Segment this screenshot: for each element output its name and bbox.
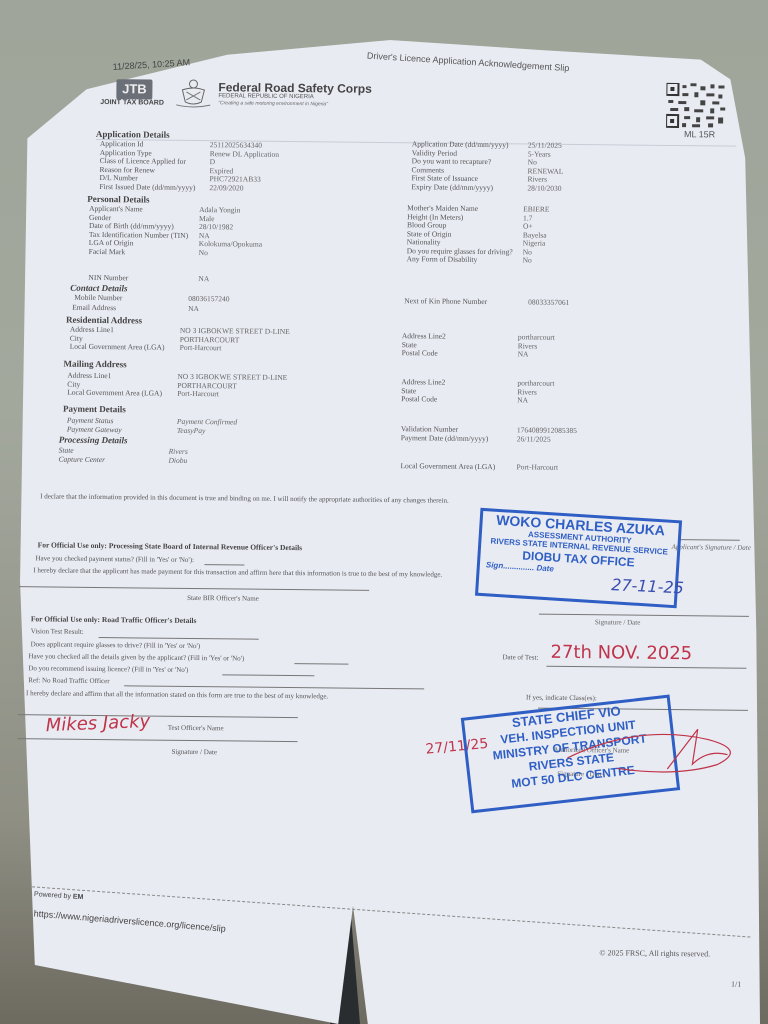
birs-payment-answer-field[interactable] [204,564,244,565]
residential-right: Address Line2portharcourtStateRiversPost… [402,332,722,361]
coat-of-arms-icon [174,78,212,108]
field-value: Port-Harcourt [516,463,720,474]
birs-signature-label: Signature / Date [595,618,641,626]
processing-details-title: Processing Details [59,435,128,446]
field-value: NA [198,275,388,285]
birs-affirmation: I hereby declare that the applicant has … [33,566,503,579]
field-value: Port-Harcourt [177,390,387,401]
payment-left: Payment StatusPayment ConfirmedPayment G… [67,417,387,437]
field-value: NA [188,305,382,316]
field-label: Next of Kin Phone Number [404,297,528,307]
field-label: Facial Mark [89,247,199,257]
rto-signature-field[interactable] [18,738,298,742]
payment-right: Validation Number1764089912085385Payment… [401,425,721,445]
rto-ref-label: Ref: No Road Traffic Officer [28,676,109,685]
copyright: © 2025 FRSC, All rights reserved. [599,948,710,958]
page-number: 1/1 [731,980,741,989]
field-value: No [199,249,389,259]
applicant-declaration: I declare that the information provided … [40,492,510,505]
powered-by-label: Powered by [34,891,71,900]
field-row: Local Government Area (LGA)Port-Harcourt [400,462,720,474]
birs-officer-name-label: State BIR Officer's Name [187,594,259,603]
rto-section-title: For Official Use only: Road Traffic Offi… [31,614,197,625]
field-label: Expiry Date (dd/mm/yyyy) [411,183,527,193]
mailing-left: Address Line1NO 3 IGBOKWE STREET D-LINEC… [67,372,387,401]
field-label: Local Government Area (LGA) [400,462,516,472]
field-row: First Issued Date (dd/mm/yyyy)22/09/2020 [99,183,389,195]
document: 11/28/25, 10:25 AM Driver's Licence Appl… [0,0,768,1024]
agency-motto: "Creating a safe motoring environment in… [218,100,328,107]
stamp-sign-label: Sign.............. [486,560,535,572]
field-value: NA [517,396,721,407]
rto-vision-field[interactable] [99,637,259,640]
qr-code-icon [666,83,726,129]
field-value: 08033357061 [528,298,724,309]
rto-date-of-test-label: Date of Test: [502,653,538,661]
field-label: Email Address [72,304,188,314]
personal-details-left: Applicant's NameAdala YonginGenderMaleDa… [89,205,390,259]
rto-ref-field[interactable] [124,685,424,689]
field-label: Capture Center [58,455,168,465]
powered-by: Powered by EM [34,891,84,901]
jtb-logo: JTB [116,79,152,99]
residential-left: Address Line1NO 3 IGBOKWE STREET D-LINEC… [70,326,390,355]
handwritten-signature-icon [557,718,748,780]
rto-date-of-test-value: 27th NOV. 2025 [550,642,692,664]
email-row: Email Address NA [72,304,382,316]
agency-subtitle: FEDERAL REPUBLIC OF NIGERIA [218,93,314,100]
rto-handwritten-name: Mikes Jacky [45,711,150,736]
field-value: 26/11/2025 [517,435,721,446]
footer-url-link[interactable]: https://www.nigeriadriverslicence.org/li… [33,908,226,933]
field-value: 22/09/2020 [209,184,389,194]
rto-class-label: If yes, indicate Class(es): [526,693,597,702]
rto-test-officer-label: Test Officer's Name [168,724,224,733]
rto-recommend-field[interactable] [222,674,314,676]
birs-officer-name-field[interactable] [19,586,369,591]
field-value: 08036157240 [188,295,384,306]
rto-affirmation: I hereby declare and affirm that all the… [26,689,328,700]
field-label: Local Government Area (LGA) [70,343,180,353]
field-label: Postal Code [402,349,518,359]
birs-section-title: For Official Use only: Processing State … [38,540,303,552]
field-label: First Issued Date (dd/mm/yyyy) [99,183,209,193]
rto-question-glasses: Does applicant require glasses to drive?… [31,640,201,650]
section-title: Mailing Address [63,359,126,370]
field-value: TeasyPay [177,426,387,437]
field-value: 28/10/2030 [527,184,731,195]
rto-date-of-test-field[interactable] [546,666,746,669]
field-value: No [523,256,727,267]
nin-row: NIN Number NA [88,274,388,286]
section-title: Payment Details [63,404,126,415]
rto-question-checked: Have you checked all the details given b… [28,652,244,662]
birs-signature-field[interactable] [539,614,749,617]
footer-divider [32,886,750,937]
mailing-right: Address Line2portharcourtStateRiversPost… [401,378,721,407]
rto-question-recommend: Do you recommend issuing licence? (Fill … [28,664,188,674]
rto-checked-field[interactable] [294,663,348,665]
print-timestamp: 11/28/25, 10:25 AM [112,57,190,72]
field-label: Payment Gateway [67,425,177,435]
field-label: Local Government Area (LGA) [67,389,177,399]
next-of-kin-row: Next of Kin Phone Number 08033357061 [404,297,724,309]
slip-title: Driver's Licence Application Acknowledge… [367,50,570,73]
jtb-label: JOINT TAX BOARD [100,99,164,107]
contact-details-title: Contact Details [70,283,127,294]
field-label: Payment Date (dd/mm/yyyy) [401,434,517,444]
processing-left: StateRiversCapture CenterDiobu [58,447,378,467]
mailing-section: Mailing Address [63,359,126,370]
field-label: Any Form of Disability [407,255,523,265]
payment-section: Payment Details [63,404,126,415]
processing-right: Local Government Area (LGA)Port-Harcourt [400,462,720,474]
powered-by-logo: EM [73,894,84,902]
application-details-right: Application Date (dd/mm/yyyy)25/11/2025V… [411,140,732,194]
birs-handwritten-date: 27-11-25 [611,575,684,597]
field-value: Diobu [168,456,378,467]
field-label: Postal Code [401,395,517,405]
stamp-date-label: Date [536,563,554,573]
applicant-signature-label: Applicant's Signature / Date [672,543,751,552]
personal-details-right: Mother's Maiden NameEBIEREHeight (In Met… [407,204,728,267]
birs-question-payment: Have you checked payment status? (Fill i… [35,554,194,564]
rto-vision-label: Vision Test Result: [31,627,84,636]
application-details-left: Application Id25112025634340Application … [99,140,390,194]
field-value: Port-Harcourt [180,344,390,355]
field-row: Facial MarkNo [89,247,389,259]
rto-signature-label: Signature / Date [171,748,217,756]
applicant-signature-line[interactable] [680,539,740,541]
field-value: NA [518,350,722,361]
